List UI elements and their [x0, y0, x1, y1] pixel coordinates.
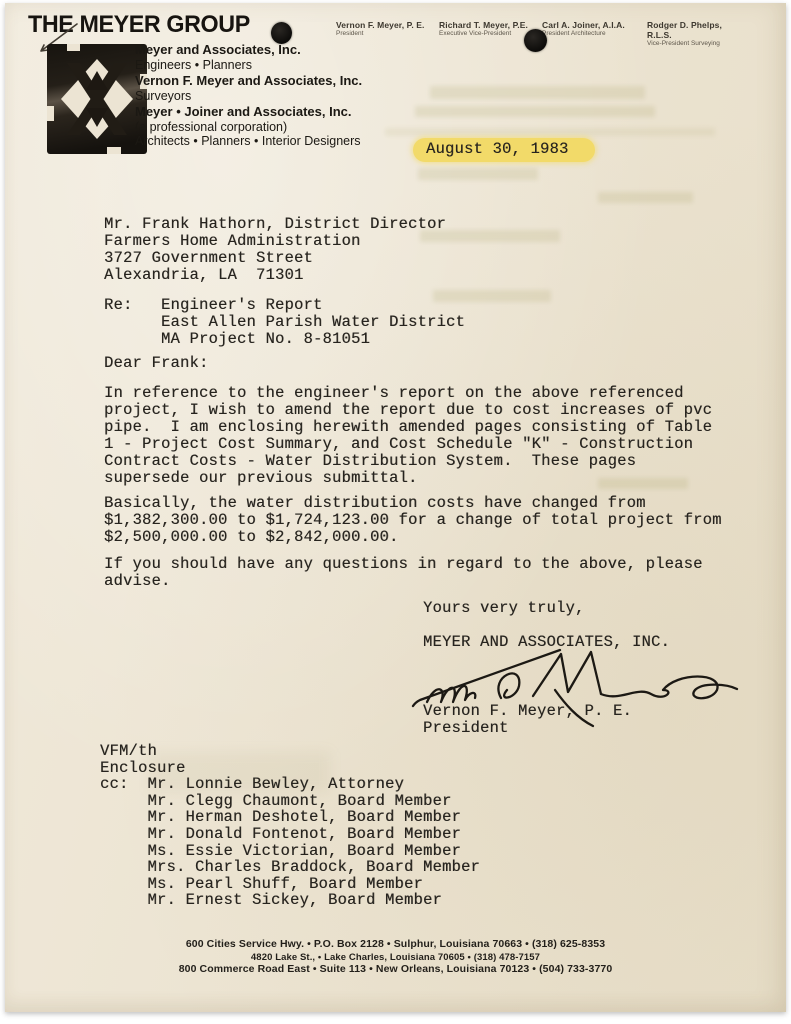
letterhead-company-list: Meyer and Associates, Inc. Engineers • P…	[135, 43, 362, 151]
bleed-through-smudge	[430, 86, 645, 99]
company-entry: Vernon F. Meyer and Associates, Inc. Sur…	[135, 74, 362, 103]
company-disciplines: Surveyors	[135, 89, 362, 104]
meyer-group-logo-icon	[47, 44, 147, 154]
company-entry: Meyer • Joiner and Associates, Inc. (a p…	[135, 105, 362, 149]
hole-punch-dot	[524, 29, 547, 52]
officer-entry: Vernon F. Meyer, P. E. President	[336, 20, 438, 38]
officer-entry: Carl A. Joiner, A.I.A. President Archite…	[542, 20, 644, 38]
officer-title: President Architecture	[542, 30, 644, 38]
company-name: Meyer • Joiner and Associates, Inc.	[135, 105, 362, 120]
reference-cc-block: VFM/th Enclosure cc: Mr. Lonnie Bewley, …	[100, 743, 480, 909]
officer-name: Carl A. Joiner, A.I.A.	[542, 20, 644, 30]
signer-block: Vernon F. Meyer, P. E. President	[423, 703, 632, 737]
body-paragraph-2: Basically, the water distribution costs …	[104, 495, 722, 546]
body-paragraph-1: In reference to the engineer's report on…	[104, 385, 712, 487]
footer-address-lake-charles: 4820 Lake St., • Lake Charles, Louisiana…	[0, 952, 791, 963]
bleed-through-smudge	[418, 168, 538, 180]
company-disciplines: (a professional corporation) Architects …	[135, 120, 362, 149]
officer-name: Richard T. Meyer, P.E.	[439, 20, 541, 30]
footer-address-new-orleans: 800 Commerce Road East • Suite 113 • New…	[0, 963, 791, 975]
company-name: Vernon F. Meyer and Associates, Inc.	[135, 74, 362, 89]
company-disciplines: Engineers • Planners	[135, 58, 362, 73]
footer-address-sulphur: 600 Cities Service Hwy. • P.O. Box 2128 …	[0, 938, 791, 950]
officer-name: Rodger D. Phelps, R.L.S.	[647, 20, 749, 40]
body-paragraph-3: If you should have any questions in rega…	[104, 556, 703, 590]
bleed-through-smudge	[415, 106, 655, 117]
hole-punch-dot	[271, 22, 292, 44]
officer-title: President	[336, 30, 438, 38]
bleed-through-smudge	[385, 128, 715, 136]
date-highlight: August 30, 1983	[413, 138, 595, 162]
officer-title: Vice-President Surveying	[647, 40, 749, 48]
scanned-letter-page: THE MEYER GROUP Meyer and A	[0, 0, 791, 1024]
salutation: Dear Frank:	[104, 355, 209, 372]
officer-name: Vernon F. Meyer, P. E.	[336, 20, 438, 30]
company-name: Meyer and Associates, Inc.	[135, 43, 362, 58]
officer-entry: Rodger D. Phelps, R.L.S. Vice-President …	[647, 20, 749, 48]
recipient-address: Mr. Frank Hathorn, District Director Far…	[104, 216, 446, 284]
letter-date: August 30, 1983	[426, 141, 569, 158]
company-entry: Meyer and Associates, Inc. Engineers • P…	[135, 43, 362, 72]
bleed-through-smudge	[598, 192, 693, 203]
subject-line: Re: Engineer's Report East Allen Parish …	[104, 297, 465, 348]
